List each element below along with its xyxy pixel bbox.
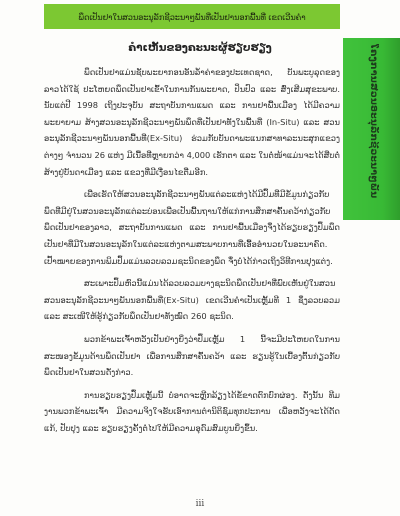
page-number: iii [0, 499, 400, 509]
paragraph-5: ການຮຽບຮຽງປຶ້ມເຫຼັ້ມນີ້ ບໍ່ອາດຈະຫຼີກລ້ຽງໄ… [44, 387, 340, 437]
paragraph-3: ສະເພາະປຶ້ມຫົວນີ້ແມ່ນໄດ້ລວບລວມບາງຊະນິດພຶດ… [44, 275, 340, 325]
paragraph-1: ພຶດເປັນຢາແມ່ນຊັບພະຍາກອນອັນລ້ຳຄ່າຂອງປະເທດ… [44, 64, 340, 180]
body-text: ພຶດເປັນຢາແມ່ນຊັບພະຍາກອນອັນລ້ຳຄ່າຂອງປະເທດ… [44, 64, 340, 442]
running-header-band: ພຶດເປັນຢາໃນສວນອະນຸລັກຊີວະນາໆພັນທີ່ເປັນຢາ… [44, 4, 340, 29]
page-title: ຄຳເຫັນຂອງຄະນະຜູ້ຮຽບຮຽງ [60, 42, 340, 54]
running-header-title: ພຶດເປັນຢາໃນສວນອະນຸລັກຊີວະນາໆພັນທີ່ເປັນຢາ… [78, 12, 305, 22]
paragraph-2: ເພື່ອເຮັດໃຫ້ສວນອະນຸລັກຊີວະນາໆພັນແຕ່ລະແຫ່… [44, 186, 340, 269]
side-tab-label: ໂຄງການສວນອະນຸລັກຊີວະນາໆພັນ [357, 44, 379, 214]
document-page: ພຶດເປັນຢາໃນສວນອະນຸລັກຊີວະນາໆພັນທີ່ເປັນຢາ… [0, 0, 400, 516]
paragraph-4: ພວກຂ້າພະເຈົ້າຫວັງເປັນຢ່າງຍິ່ງວ່າປຶ້ມເຫຼັ… [44, 331, 340, 381]
section-side-tab: ໂຄງການສວນອະນຸລັກຊີວະນາໆພັນ [343, 38, 400, 220]
